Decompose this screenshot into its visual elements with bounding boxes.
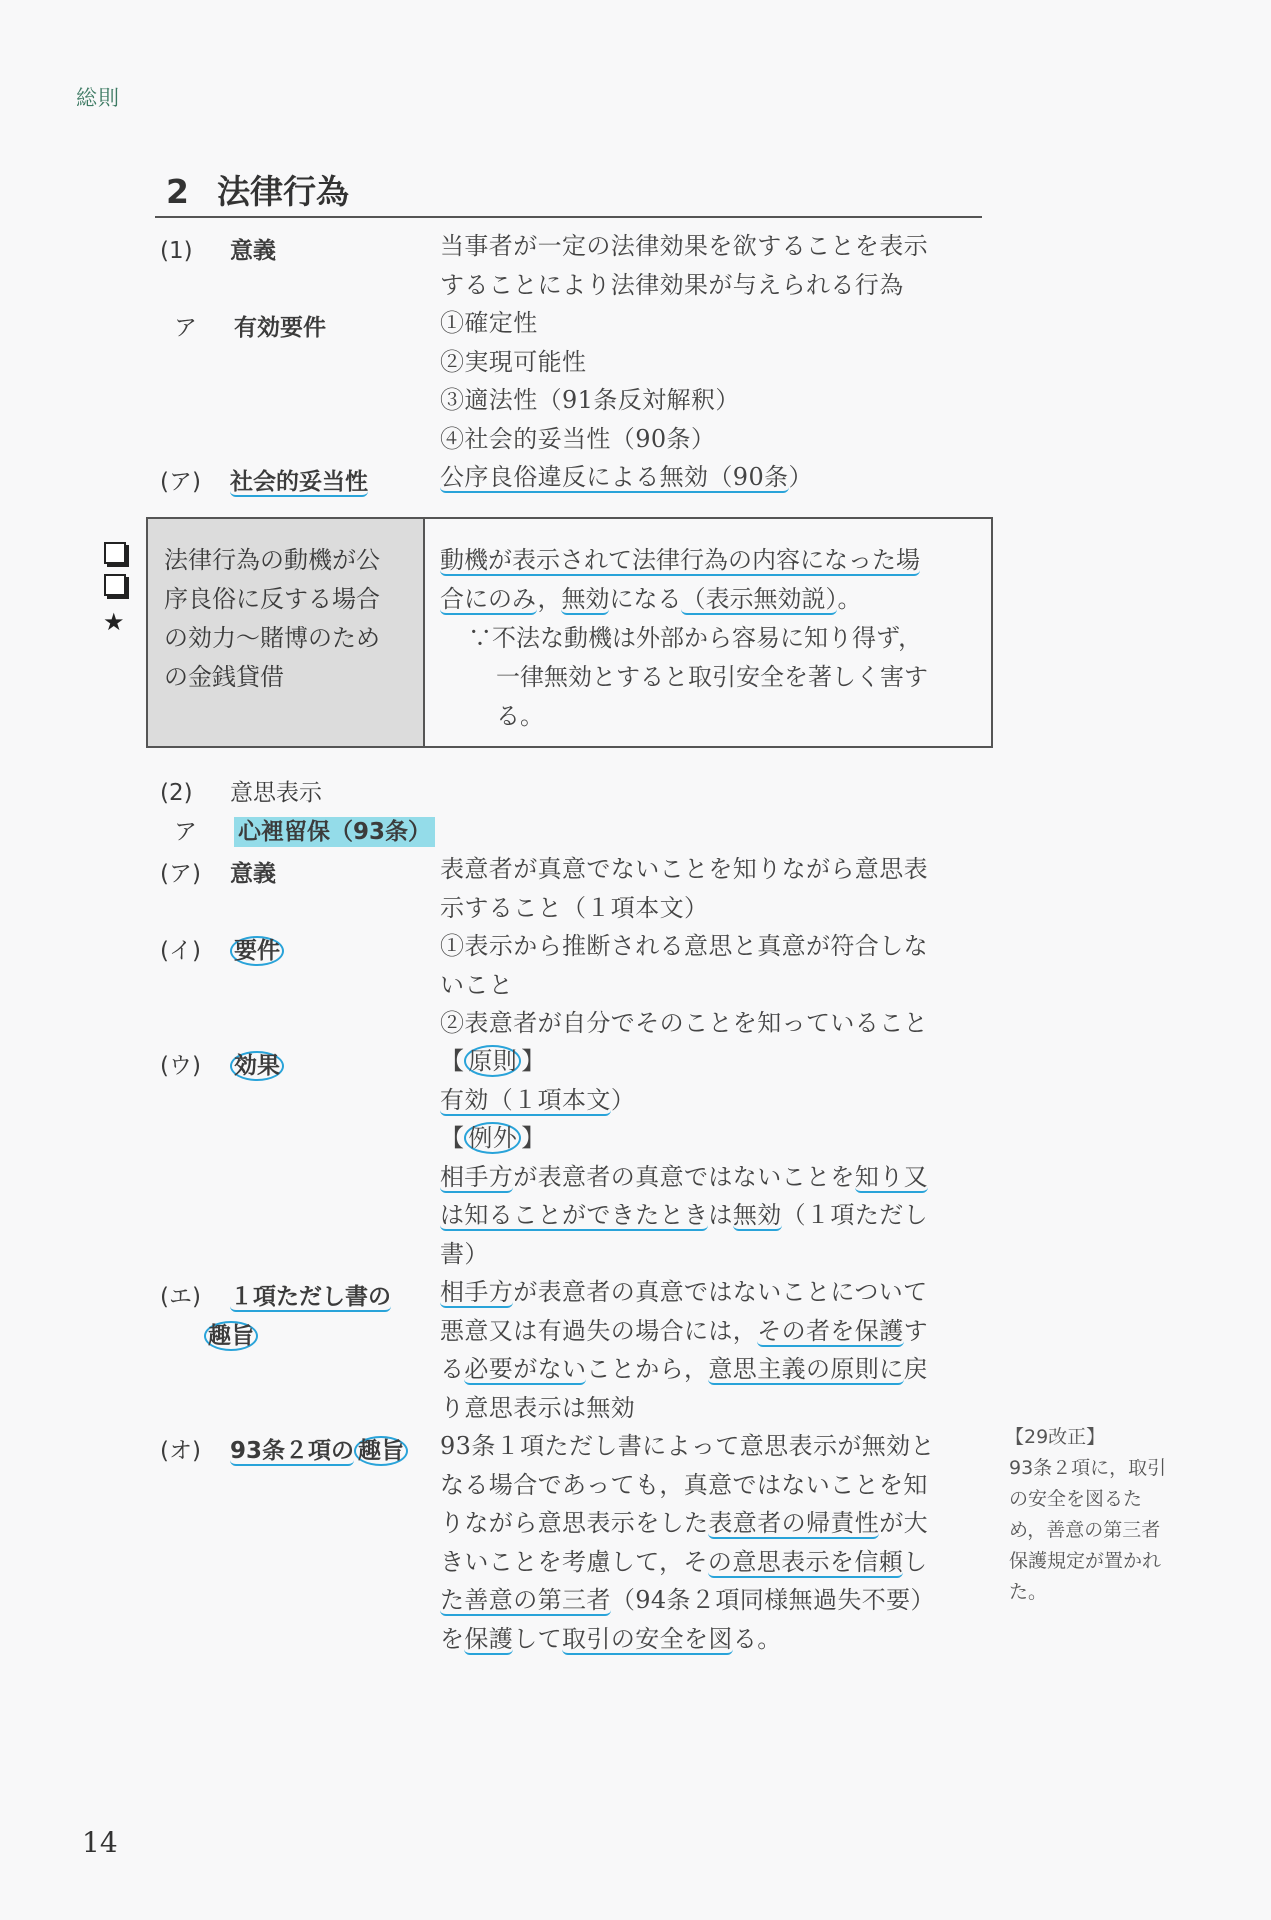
text-93-2-shushi: 93条１項ただし書によって意思表示が無効と なる場合であっても，真意ではないこと…	[440, 1427, 985, 1658]
review-checks: ★	[102, 536, 126, 638]
section-text-igi: 当事者が一定の法律効果を欲することを表示 することにより法律効果が与えられる行為	[440, 227, 985, 304]
label-shinri-koka: (ウ)効果	[160, 1047, 284, 1080]
label-yuko-yoken: ア有効要件	[160, 309, 326, 342]
margin-note-revision: 【29改正】 93条２項に，取引 の安全を図るた め，善意の第三者 保護規定が置…	[1005, 1422, 1195, 1608]
list-item: ①確定性	[440, 304, 985, 343]
text-shinri-koka: 【原則】 有効（１項本文） 【例外】 相手方が表意者の真意ではないことを知り又 …	[440, 1042, 985, 1273]
margin-note-title: 【29改正】	[1005, 1422, 1195, 1453]
label-shakaiteki: (ア)社会的妥当性	[160, 463, 368, 496]
text-tadashigaki-shushi: 相手方が表意者の真意ではないことについて 悪意又は有過失の場合には，その者を保護…	[440, 1273, 985, 1427]
label-shinri-yoken: (イ)要件	[160, 932, 284, 965]
list-item: ③適法性（91条反対解釈）	[440, 381, 985, 420]
chapter-title-text: 法律行為	[217, 172, 349, 211]
box-question: 法律行為の動機が公 序良俗に反する場合 の効力～賭博のため の金銭貸借	[148, 519, 425, 746]
text-shakaiteki: 公序良俗違反による無効（90条）	[440, 458, 985, 497]
title-rule	[155, 216, 982, 218]
label-shinri-igi: (ア)意義	[160, 855, 276, 888]
label-tadashigaki-shushi: (エ)１項ただし書の 趣旨	[160, 1278, 391, 1355]
page-number: 14	[82, 1826, 118, 1859]
box-answer: 動機が表示されて法律行為の内容になった場 合にのみ，無効になる（表示無効説）。 …	[425, 519, 991, 746]
chapter-number: 2	[166, 172, 189, 211]
section-label-ishi-hyoji: (2)意思表示	[160, 774, 322, 807]
running-head: 総則	[76, 82, 120, 112]
list-item: ④社会的妥当性（90条）	[440, 420, 985, 459]
label-shinri-ryuho: ア心裡留保（93条）	[160, 813, 435, 846]
key-point-box: 法律行為の動機が公 序良俗に反する場合 の効力～賭博のため の金銭貸借 動機が表…	[146, 517, 993, 748]
text-shinri-yoken: ①表示から推断される意思と真意が符合しな いこと ②表意者が自分でそのことを知っ…	[440, 927, 985, 1043]
label-93-2-shushi: (オ)93条２項の趣旨	[160, 1432, 408, 1465]
review-checkbox-2[interactable]	[104, 574, 126, 596]
list-yuko-yoken: ①確定性 ②実現可能性 ③適法性（91条反対解釈） ④社会的妥当性（90条）	[440, 304, 985, 458]
text-shinri-igi: 表意者が真意でないことを知りながら意思表 示すること（１項本文）	[440, 850, 985, 927]
review-checkbox-1[interactable]	[104, 542, 126, 564]
section-label-igi: (1)意義	[160, 232, 276, 265]
list-item: ②実現可能性	[440, 343, 985, 382]
chapter-title: 2法律行為	[166, 166, 349, 213]
star-icon: ★	[103, 608, 125, 636]
